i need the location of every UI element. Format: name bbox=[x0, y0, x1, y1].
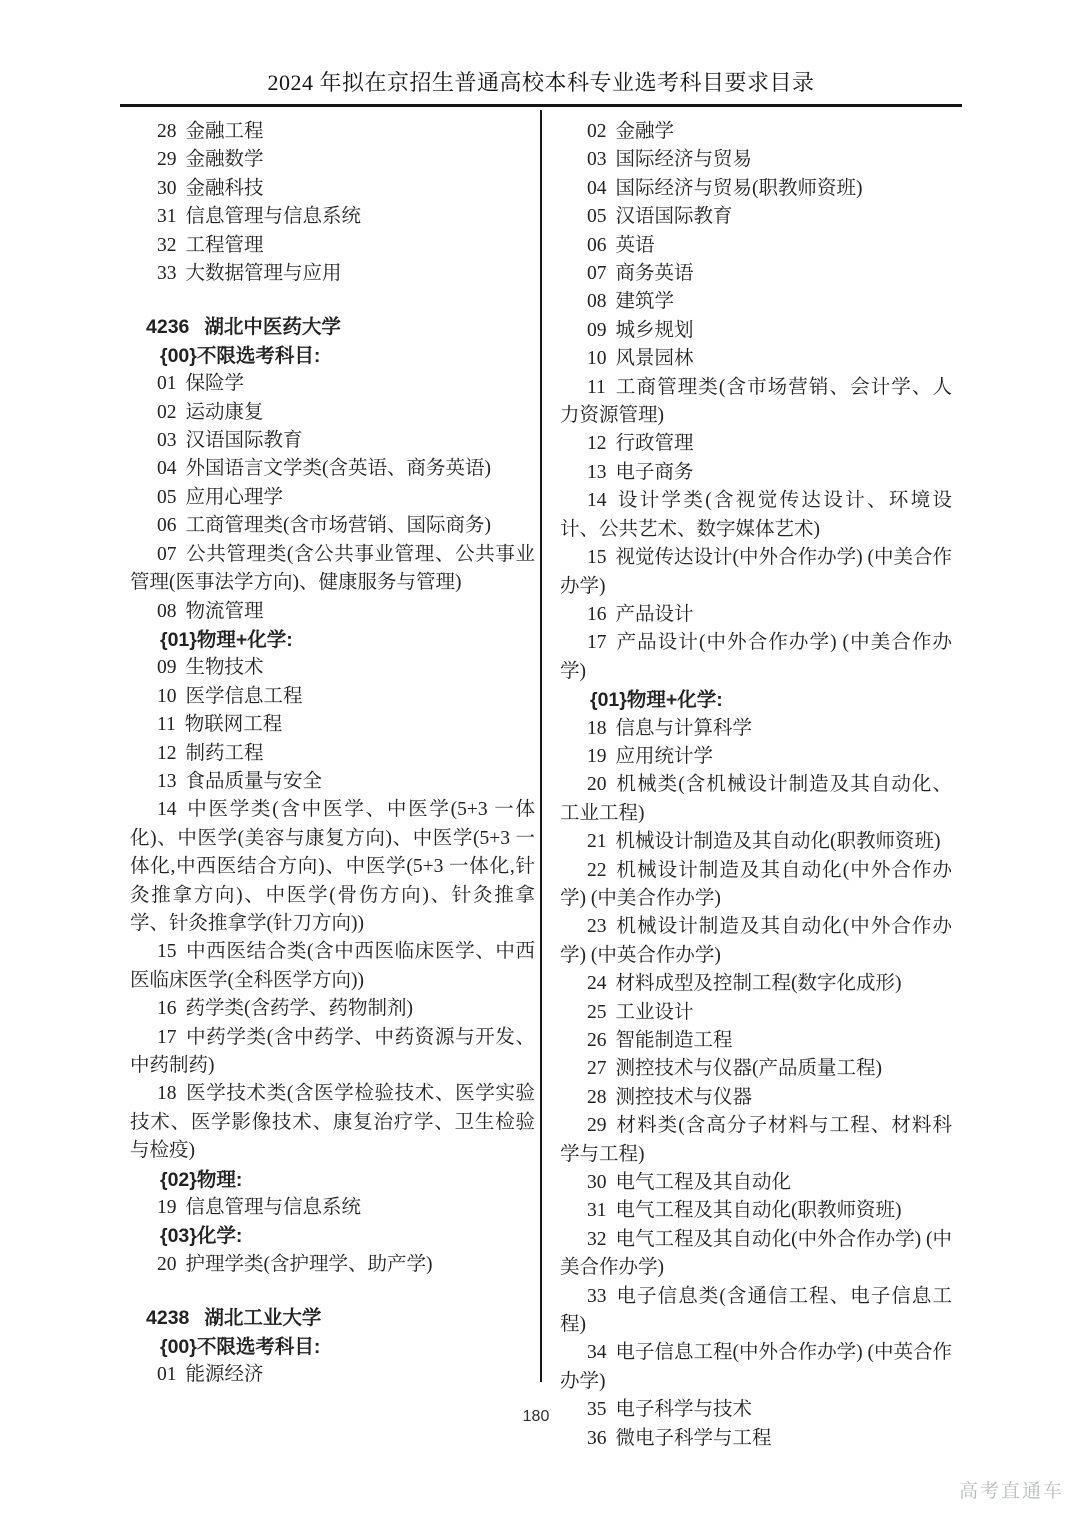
major-name: 信息管理与信息系统 bbox=[186, 1197, 362, 1218]
major-item: 02金融学 bbox=[560, 118, 952, 146]
major-name: 工程管理 bbox=[186, 235, 264, 256]
major-number: 24 bbox=[587, 973, 607, 994]
major-item: 05应用心理学 bbox=[130, 484, 535, 512]
major-item: 13食品质量与安全 bbox=[130, 768, 535, 796]
major-name: 金融科技 bbox=[186, 178, 264, 199]
major-number: 16 bbox=[587, 604, 607, 625]
major-item: 06英语 bbox=[560, 232, 952, 260]
major-name: 国际经济与贸易 bbox=[616, 149, 753, 170]
major-item: 17中药学类(含中药学、中药资源与开发、中药制药) bbox=[130, 1024, 535, 1081]
major-item: 07商务英语 bbox=[560, 260, 952, 288]
major-item: 08建筑学 bbox=[560, 288, 952, 316]
major-number: 16 bbox=[157, 998, 177, 1019]
major-name: 中西医结合类(含中西医临床医学、中西医临床医学(全科医学方向)) bbox=[130, 941, 535, 990]
major-name: 电子信息工程(中外合作办学) (中英合作办学) bbox=[560, 1342, 952, 1391]
subject-requirement-heading: {02}物理: bbox=[130, 1166, 535, 1194]
major-item: 04国际经济与贸易(职教师资班) bbox=[560, 175, 952, 203]
major-item: 15视觉传达设计(中外合作办学) (中美合作办学) bbox=[560, 544, 952, 601]
major-name: 信息管理与信息系统 bbox=[186, 206, 362, 227]
major-number: 18 bbox=[157, 1083, 177, 1104]
major-number: 23 bbox=[587, 916, 607, 937]
major-item: 30电气工程及其自动化 bbox=[560, 1169, 952, 1197]
major-item: 32电气工程及其自动化(中外合作办学) (中美合作办学) bbox=[560, 1226, 952, 1283]
major-name: 能源经济 bbox=[186, 1364, 264, 1385]
major-name: 英语 bbox=[616, 235, 655, 256]
major-name: 电气工程及其自动化 bbox=[616, 1172, 792, 1193]
major-item: 33大数据管理与应用 bbox=[130, 260, 535, 288]
major-item: 07公共管理类(含公共事业管理、公共事业管理(医事法学方向)、健康服务与管理) bbox=[130, 541, 535, 598]
major-number: 12 bbox=[157, 743, 177, 764]
major-item: 12制药工程 bbox=[130, 740, 535, 768]
major-item: 16药学类(含药学、药物制剂) bbox=[130, 995, 535, 1023]
major-number: 22 bbox=[587, 860, 607, 881]
major-name: 应用统计学 bbox=[616, 746, 714, 767]
major-number: 18 bbox=[587, 718, 607, 739]
page-number: 180 bbox=[0, 1408, 1072, 1426]
major-name: 设计学类(含视觉传达设计、环境设计、公共艺术、数字媒体艺术) bbox=[560, 490, 952, 539]
major-name: 行政管理 bbox=[616, 433, 694, 454]
major-name: 电子商务 bbox=[616, 462, 694, 483]
major-number: 09 bbox=[587, 320, 607, 341]
major-number: 31 bbox=[587, 1200, 607, 1221]
major-number: 32 bbox=[157, 235, 177, 256]
major-number: 10 bbox=[157, 686, 177, 707]
major-name: 产品设计(中外合作办学) (中美合作办学) bbox=[560, 632, 952, 681]
university-name: 湖北中医药大学 bbox=[204, 316, 341, 338]
major-number: 26 bbox=[587, 1030, 607, 1051]
major-item: 16产品设计 bbox=[560, 601, 952, 629]
major-name: 机械设计制造及其自动化(职教师资班) bbox=[616, 831, 941, 852]
major-number: 34 bbox=[587, 1342, 607, 1363]
subject-requirement-heading: {00}不限选考科目: bbox=[130, 1333, 535, 1361]
document-page: 2024 年拟在京招生普通高校本科专业选考科目要求目录 28金融工程29金融数学… bbox=[0, 0, 1080, 1527]
major-number: 10 bbox=[587, 348, 607, 369]
major-name: 电气工程及其自动化(中外合作办学) (中美合作办学) bbox=[560, 1229, 952, 1278]
major-number: 28 bbox=[587, 1087, 607, 1108]
major-number: 11 bbox=[587, 377, 606, 398]
major-item: 36微电子科学与工程 bbox=[560, 1425, 952, 1453]
left-column: 28金融工程29金融数学30金融科技31信息管理与信息系统32工程管理33大数据… bbox=[130, 110, 535, 1389]
university-heading: 4236湖北中医药大学 bbox=[130, 313, 535, 341]
major-item: 19信息管理与信息系统 bbox=[130, 1194, 535, 1222]
major-number: 13 bbox=[157, 771, 177, 792]
major-number: 07 bbox=[157, 544, 177, 565]
major-item: 18信息与计算科学 bbox=[560, 715, 952, 743]
major-number: 06 bbox=[157, 515, 177, 536]
major-number: 02 bbox=[587, 121, 607, 142]
major-name: 智能制造工程 bbox=[616, 1030, 733, 1051]
major-item: 09城乡规划 bbox=[560, 317, 952, 345]
university-heading: 4238湖北工业大学 bbox=[130, 1304, 535, 1332]
major-name: 中医学类(含中医学、中医学(5+3 一体化)、中医学(美容与康复方向)、中医学(… bbox=[130, 799, 535, 934]
major-name: 制药工程 bbox=[186, 743, 264, 764]
major-name: 护理学类(含护理学、助产学) bbox=[186, 1254, 433, 1275]
major-name: 汉语国际教育 bbox=[616, 206, 733, 227]
major-name: 物流管理 bbox=[186, 601, 264, 622]
major-name: 运动康复 bbox=[186, 402, 264, 423]
major-number: 12 bbox=[587, 433, 607, 454]
major-item: 23机械设计制造及其自动化(中外合作办学) (中英合作办学) bbox=[560, 913, 952, 970]
major-number: 03 bbox=[157, 430, 177, 451]
major-item: 03国际经济与贸易 bbox=[560, 146, 952, 174]
major-name: 材料类(含高分子材料与工程、材料科学与工程) bbox=[560, 1115, 952, 1164]
major-item: 17产品设计(中外合作办学) (中美合作办学) bbox=[560, 629, 952, 686]
major-number: 15 bbox=[587, 547, 607, 568]
major-number: 11 bbox=[157, 714, 176, 735]
major-name: 药学类(含药学、药物制剂) bbox=[186, 998, 414, 1019]
major-number: 27 bbox=[587, 1058, 607, 1079]
major-item: 05汉语国际教育 bbox=[560, 203, 952, 231]
major-item: 12行政管理 bbox=[560, 430, 952, 458]
university-name: 湖北工业大学 bbox=[204, 1307, 321, 1329]
major-name: 汉语国际教育 bbox=[186, 430, 303, 451]
major-item: 02运动康复 bbox=[130, 399, 535, 427]
major-name: 测控技术与仪器(产品质量工程) bbox=[616, 1058, 883, 1079]
major-name: 电子信息类(含通信工程、电子信息工程) bbox=[560, 1286, 952, 1335]
major-name: 视觉传达设计(中外合作办学) (中美合作办学) bbox=[560, 547, 952, 596]
major-number: 30 bbox=[157, 178, 177, 199]
major-item: 21机械设计制造及其自动化(职教师资班) bbox=[560, 828, 952, 856]
major-name: 中药学类(含中药学、中药资源与开发、中药制药) bbox=[130, 1027, 535, 1076]
major-name: 食品质量与安全 bbox=[186, 771, 323, 792]
major-item: 19应用统计学 bbox=[560, 743, 952, 771]
subject-requirement-heading: {01}物理+化学: bbox=[560, 686, 952, 714]
major-name: 机械类(含机械设计制造及其自动化、工业工程) bbox=[560, 774, 952, 823]
major-item: 25工业设计 bbox=[560, 999, 952, 1027]
major-item: 11物联网工程 bbox=[130, 711, 535, 739]
major-number: 28 bbox=[157, 121, 177, 142]
major-name: 城乡规划 bbox=[616, 320, 694, 341]
major-number: 32 bbox=[587, 1229, 607, 1250]
major-item: 29材料类(含高分子材料与工程、材料科学与工程) bbox=[560, 1112, 952, 1169]
major-item: 06工商管理类(含市场营销、国际商务) bbox=[130, 512, 535, 540]
page-header: 2024 年拟在京招生普通高校本科专业选考科目要求目录 bbox=[120, 0, 962, 107]
major-name: 产品设计 bbox=[616, 604, 694, 625]
major-name: 外国语言文学类(含英语、商务英语) bbox=[186, 458, 492, 479]
major-number: 07 bbox=[587, 263, 607, 284]
major-item: 31信息管理与信息系统 bbox=[130, 203, 535, 231]
major-item: 13电子商务 bbox=[560, 459, 952, 487]
major-name: 测控技术与仪器 bbox=[616, 1087, 753, 1108]
major-name: 信息与计算科学 bbox=[616, 718, 753, 739]
major-item: 22机械设计制造及其自动化(中外合作办学) (中美合作办学) bbox=[560, 857, 952, 914]
major-item: 28测控技术与仪器 bbox=[560, 1084, 952, 1112]
major-number: 13 bbox=[587, 462, 607, 483]
two-column-content: 28金融工程29金融数学30金融科技31信息管理与信息系统32工程管理33大数据… bbox=[130, 110, 962, 1453]
major-item: 08物流管理 bbox=[130, 598, 535, 626]
major-number: 33 bbox=[157, 263, 177, 284]
major-number: 01 bbox=[157, 1364, 177, 1385]
major-number: 25 bbox=[587, 1002, 607, 1023]
major-item: 26智能制造工程 bbox=[560, 1027, 952, 1055]
subject-requirement-heading: {01}物理+化学: bbox=[130, 626, 535, 654]
major-name: 机械设计制造及其自动化(中外合作办学) (中英合作办学) bbox=[560, 916, 952, 965]
university-code: 4236 bbox=[146, 316, 189, 338]
major-number: 06 bbox=[587, 235, 607, 256]
subject-requirement-heading: {03}化学: bbox=[130, 1222, 535, 1250]
major-name: 机械设计制造及其自动化(中外合作办学) (中美合作办学) bbox=[560, 860, 952, 909]
major-item: 01保险学 bbox=[130, 370, 535, 398]
subject-requirement-heading: {00}不限选考科目: bbox=[130, 342, 535, 370]
major-name: 应用心理学 bbox=[186, 487, 284, 508]
major-item: 30金融科技 bbox=[130, 175, 535, 203]
major-number: 08 bbox=[587, 291, 607, 312]
major-name: 风景园林 bbox=[616, 348, 694, 369]
major-number: 17 bbox=[587, 632, 607, 653]
major-item: 01能源经济 bbox=[130, 1361, 535, 1389]
major-item: 09生物技术 bbox=[130, 654, 535, 682]
major-name: 大数据管理与应用 bbox=[186, 263, 342, 284]
major-item: 24材料成型及控制工程(数字化成形) bbox=[560, 970, 952, 998]
watermark-text: 高考直通车 bbox=[959, 1476, 1064, 1503]
major-number: 33 bbox=[587, 1286, 607, 1307]
major-item: 15中西医结合类(含中西医临床医学、中西医临床医学(全科医学方向)) bbox=[130, 938, 535, 995]
blank-line bbox=[130, 1279, 535, 1304]
major-item: 34电子信息工程(中外合作办学) (中英合作办学) bbox=[560, 1339, 952, 1396]
major-number: 04 bbox=[587, 178, 607, 199]
major-name: 国际经济与贸易(职教师资班) bbox=[616, 178, 863, 199]
major-name: 工业设计 bbox=[616, 1002, 694, 1023]
major-name: 工商管理类(含市场营销、国际商务) bbox=[186, 515, 492, 536]
major-number: 14 bbox=[587, 490, 607, 511]
major-item: 31电气工程及其自动化(职教师资班) bbox=[560, 1197, 952, 1225]
major-name: 金融工程 bbox=[186, 121, 264, 142]
major-item: 20机械类(含机械设计制造及其自动化、工业工程) bbox=[560, 771, 952, 828]
major-item: 32工程管理 bbox=[130, 232, 535, 260]
right-column: 02金融学03国际经济与贸易04国际经济与贸易(职教师资班)05汉语国际教育06… bbox=[560, 110, 952, 1453]
major-number: 29 bbox=[157, 149, 177, 170]
major-number: 21 bbox=[587, 831, 607, 852]
major-number: 15 bbox=[157, 941, 177, 962]
major-name: 电气工程及其自动化(职教师资班) bbox=[616, 1200, 902, 1221]
blank-line bbox=[130, 288, 535, 313]
major-number: 29 bbox=[587, 1115, 607, 1136]
major-name: 医学技术类(含医学检验技术、医学实验技术、医学影像技术、康复治疗学、卫生检验与检… bbox=[130, 1083, 535, 1161]
major-name: 生物技术 bbox=[186, 657, 264, 678]
major-item: 10风景园林 bbox=[560, 345, 952, 373]
university-code: 4238 bbox=[146, 1307, 189, 1329]
major-number: 19 bbox=[587, 746, 607, 767]
major-number: 09 bbox=[157, 657, 177, 678]
major-number: 04 bbox=[157, 458, 177, 479]
major-name: 物联网工程 bbox=[185, 714, 283, 735]
major-name: 材料成型及控制工程(数字化成形) bbox=[616, 973, 902, 994]
major-number: 02 bbox=[157, 402, 177, 423]
major-number: 05 bbox=[157, 487, 177, 508]
major-number: 14 bbox=[157, 799, 177, 820]
major-number: 20 bbox=[587, 774, 607, 795]
major-name: 建筑学 bbox=[616, 291, 675, 312]
major-name: 公共管理类(含公共事业管理、公共事业管理(医事法学方向)、健康服务与管理) bbox=[130, 544, 535, 593]
major-item: 27测控技术与仪器(产品质量工程) bbox=[560, 1055, 952, 1083]
major-item: 14设计学类(含视觉传达设计、环境设计、公共艺术、数字媒体艺术) bbox=[560, 487, 952, 544]
major-number: 30 bbox=[587, 1172, 607, 1193]
page-title: 2024 年拟在京招生普通高校本科专业选考科目要求目录 bbox=[267, 66, 814, 104]
column-divider-rule bbox=[540, 110, 542, 1382]
major-name: 保险学 bbox=[186, 373, 245, 394]
major-name: 工商管理类(含市场营销、会计学、人力资源管理) bbox=[560, 377, 952, 426]
major-name: 金融学 bbox=[616, 121, 675, 142]
major-number: 36 bbox=[587, 1428, 607, 1449]
major-number: 01 bbox=[157, 373, 177, 394]
major-number: 20 bbox=[157, 1254, 177, 1275]
major-item: 04外国语言文学类(含英语、商务英语) bbox=[130, 455, 535, 483]
major-name: 金融数学 bbox=[186, 149, 264, 170]
major-item: 29金融数学 bbox=[130, 146, 535, 174]
major-item: 20护理学类(含护理学、助产学) bbox=[130, 1251, 535, 1279]
major-name: 微电子科学与工程 bbox=[616, 1428, 772, 1449]
major-name: 商务英语 bbox=[616, 263, 694, 284]
major-number: 03 bbox=[587, 149, 607, 170]
major-item: 18医学技术类(含医学检验技术、医学实验技术、医学影像技术、康复治疗学、卫生检验… bbox=[130, 1080, 535, 1165]
major-number: 19 bbox=[157, 1197, 177, 1218]
major-item: 33电子信息类(含通信工程、电子信息工程) bbox=[560, 1283, 952, 1340]
major-name: 医学信息工程 bbox=[186, 686, 303, 707]
major-number: 05 bbox=[587, 206, 607, 227]
major-number: 08 bbox=[157, 601, 177, 622]
major-item: 11工商管理类(含市场营销、会计学、人力资源管理) bbox=[560, 374, 952, 431]
major-number: 31 bbox=[157, 206, 177, 227]
major-item: 28金融工程 bbox=[130, 118, 535, 146]
major-item: 14中医学类(含中医学、中医学(5+3 一体化)、中医学(美容与康复方向)、中医… bbox=[130, 796, 535, 938]
major-number: 17 bbox=[157, 1027, 177, 1048]
major-item: 10医学信息工程 bbox=[130, 683, 535, 711]
major-item: 03汉语国际教育 bbox=[130, 427, 535, 455]
